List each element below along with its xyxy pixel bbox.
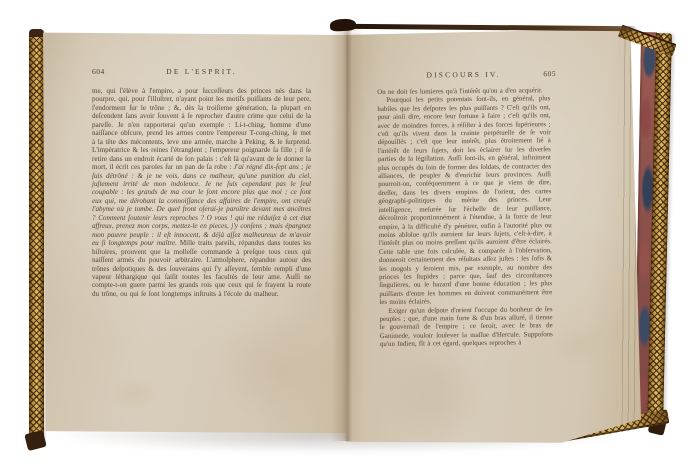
left-running-head: 604 DE L'ESPRIT. — [92, 67, 311, 77]
body-paragraph: Pourquoi les petits potentats ſont-ils, … — [377, 96, 552, 308]
left-running-header-title: DE L'ESPRIT. — [166, 67, 237, 76]
left-page-body: me, qui ſ'élève à l'empire, a pour ſucce… — [92, 87, 311, 298]
right-running-head: DISCOURS IV. 605 — [377, 69, 550, 81]
body-text-segment: Mille traits pareils, répandus dans tout… — [92, 239, 311, 298]
body-text-segment: J'ai régné dix-ſept ans ; je ſuis détrôn… — [92, 163, 311, 247]
body-paragraph: Exiger qu'un deſpote d'orient ſ'occupe d… — [379, 306, 552, 350]
right-page-number: 605 — [543, 69, 556, 78]
right-page-body: On ne doit ſes lumieres qu'à l'intérêt q… — [377, 87, 553, 349]
spine-headcap — [330, 18, 357, 31]
right-page-content: DISCOURS IV. 605 On ne doit ſes lumieres… — [377, 69, 553, 349]
left-page-number: 604 — [92, 67, 105, 76]
body-text-segment: me, qui ſ'élève à l'empire, a pour ſucce… — [92, 87, 311, 171]
left-board-gilt-edge — [29, 31, 44, 441]
right-running-header-title: DISCOURS IV. — [426, 70, 500, 80]
left-page-content: 604 DE L'ESPRIT. me, qui ſ'élève à l'emp… — [92, 67, 311, 298]
open-book-photo: 604 DE L'ESPRIT. me, qui ſ'élève à l'emp… — [0, 0, 700, 473]
spine-top-leather-line — [337, 24, 637, 32]
